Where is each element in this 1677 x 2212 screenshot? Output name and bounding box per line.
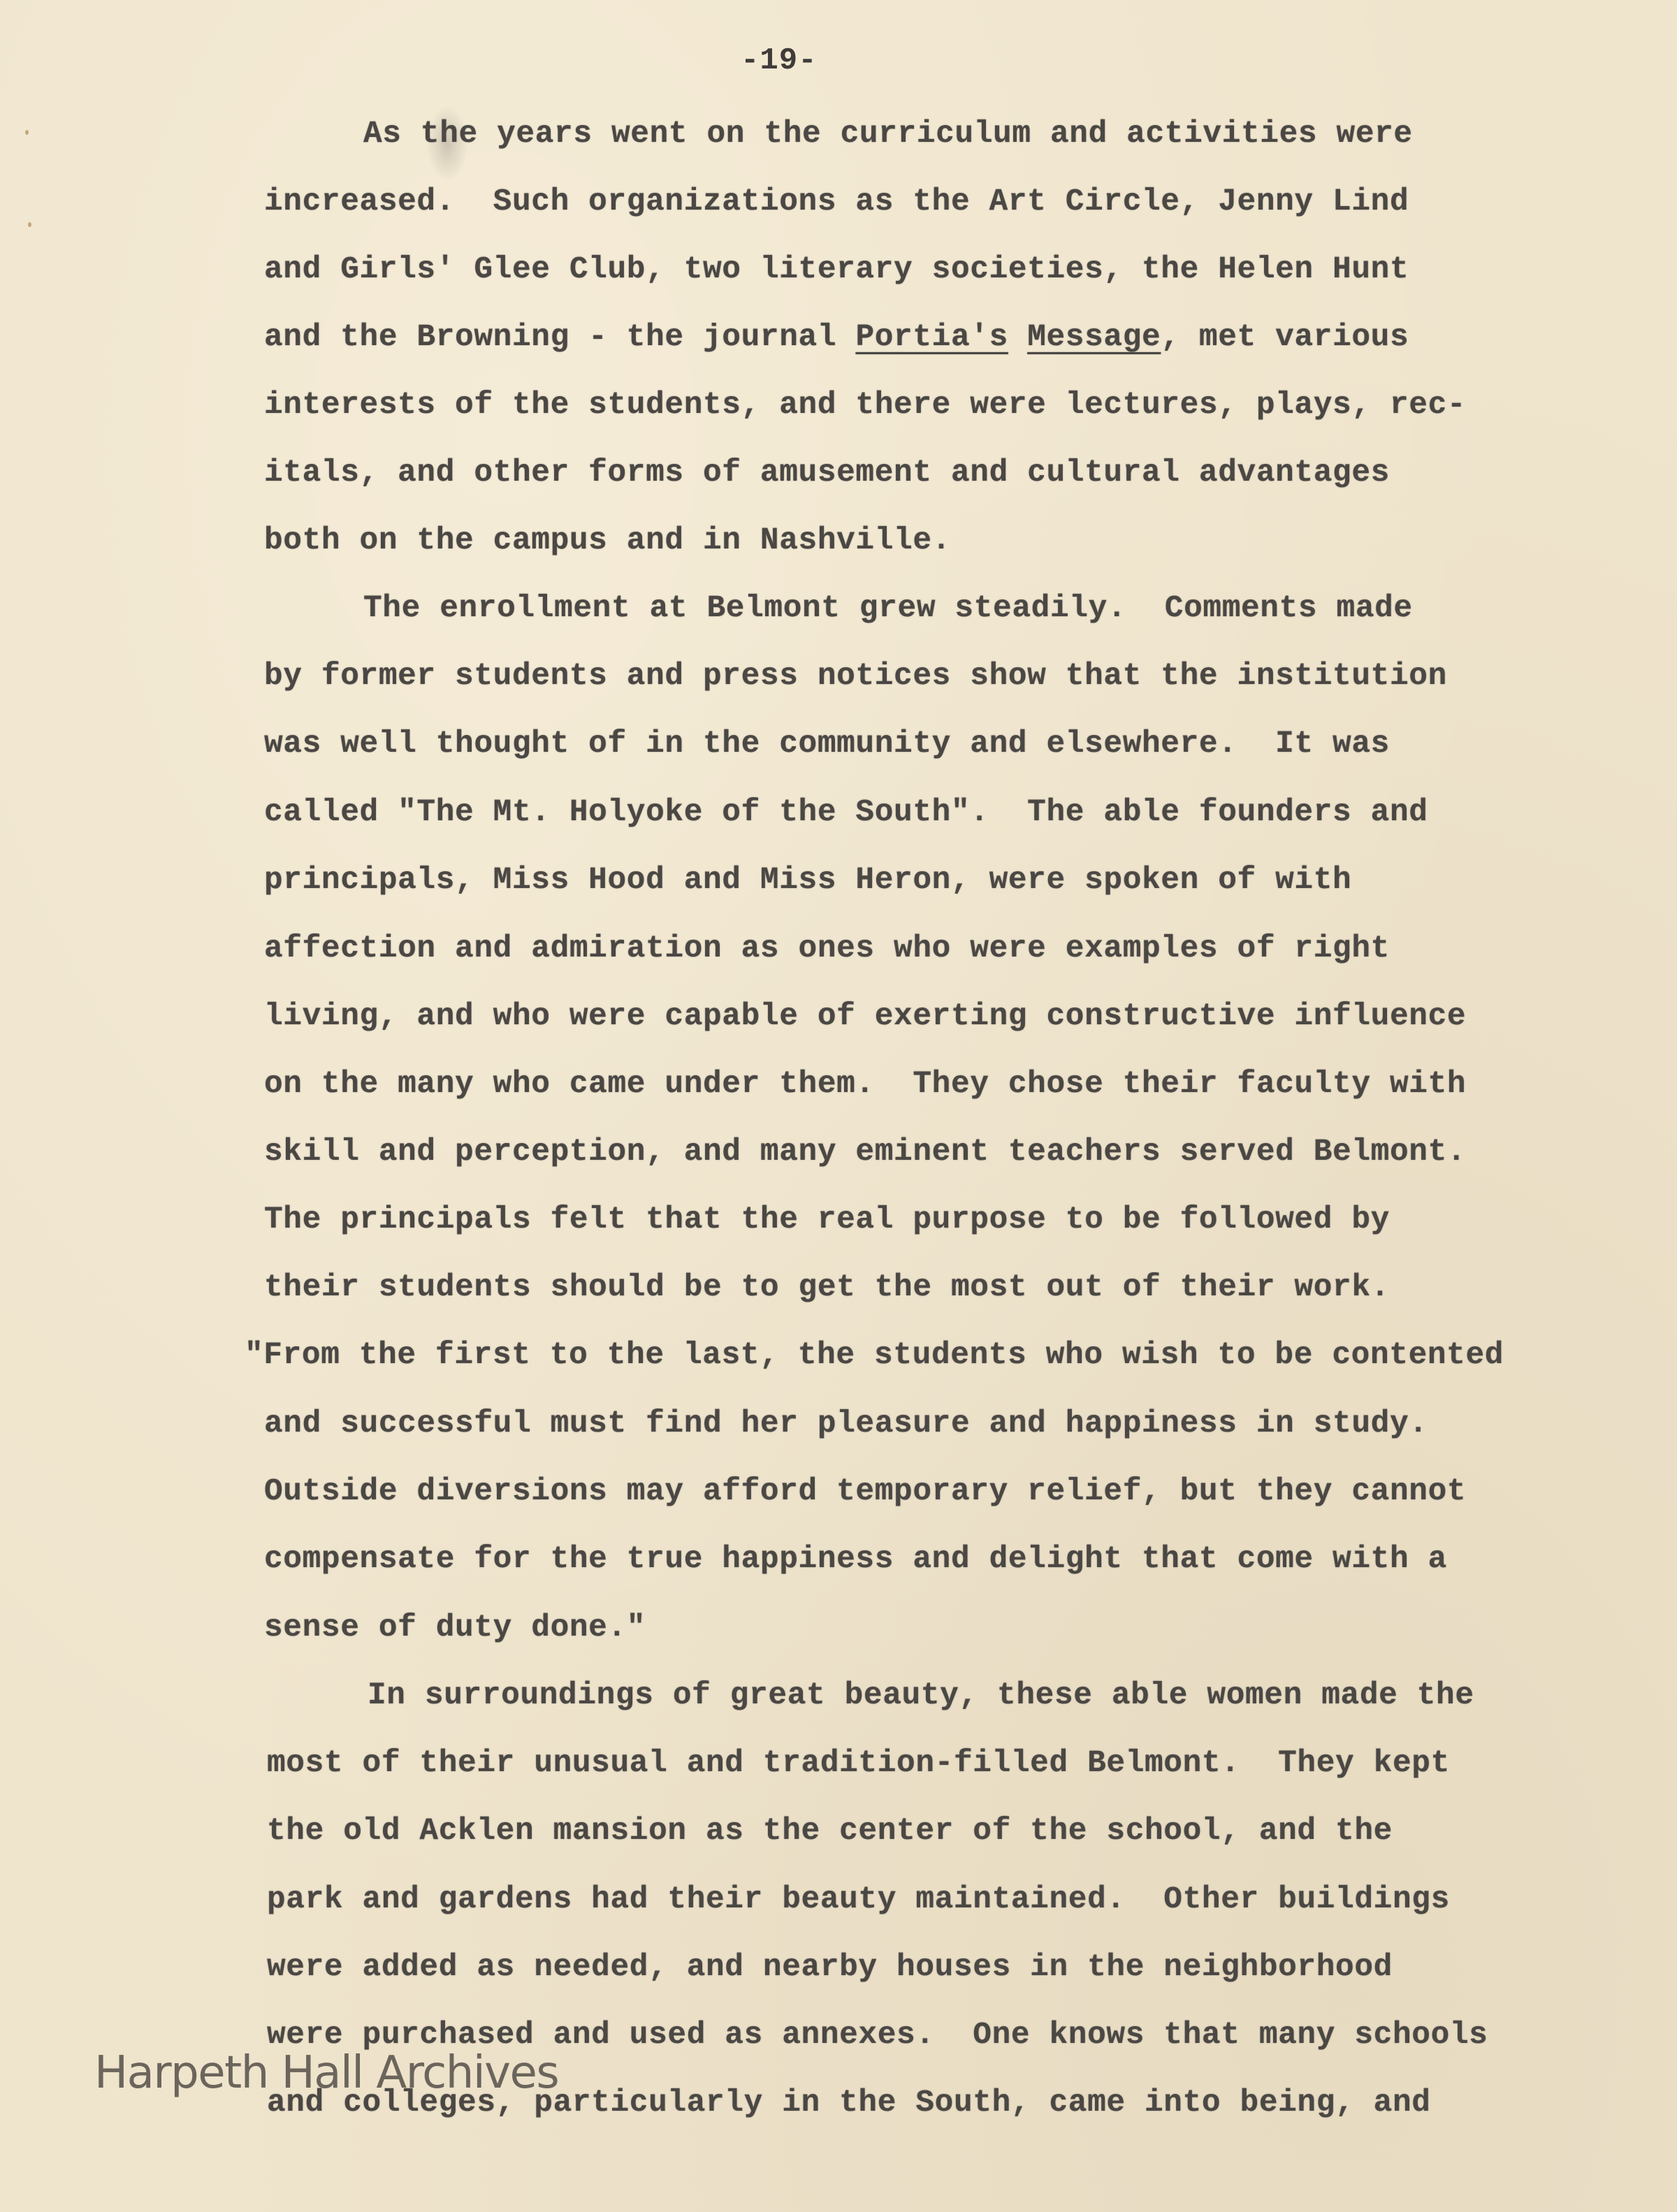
quote-line: sense of duty done." — [264, 1613, 646, 1644]
text-segment: and the Browning - the journal — [264, 320, 855, 355]
text-line: interests of the students, and there wer… — [264, 390, 1466, 421]
text-line: both on the campus and in Nashville. — [264, 525, 951, 557]
paper-speck — [28, 222, 31, 227]
journal-title-word-1: Portia's — [855, 320, 1008, 355]
text-line: and Girls' Glee Club, two literary socie… — [264, 254, 1409, 286]
archive-watermark: Harpeth Hall Archives — [94, 2047, 558, 2099]
text-line: by former students and press notices sho… — [264, 661, 1447, 692]
quote-line: "From the first to the last, the student… — [245, 1340, 1504, 1371]
text-line: The principals felt that the real purpos… — [264, 1205, 1390, 1236]
quote-line: Outside diversions may afford temporary … — [264, 1476, 1466, 1508]
text-line: called "The Mt. Holyoke of the South". T… — [264, 797, 1428, 829]
text-line: their students should be to get the most… — [264, 1272, 1390, 1304]
text-line: principals, Miss Hood and Miss Heron, we… — [264, 865, 1351, 896]
text-line: living, and who were capable of exerting… — [264, 1001, 1466, 1033]
text-line: park and gardens had their beauty mainta… — [267, 1884, 1450, 1916]
text-line: skill and perception, and many eminent t… — [264, 1137, 1466, 1168]
text-line: were purchased and used as annexes. One … — [267, 2020, 1488, 2051]
text-line: the old Acklen mansion as the center of … — [267, 1816, 1393, 1847]
text-line: In surroundings of great beauty, these a… — [368, 1680, 1474, 1712]
text-line: The enrollment at Belmont grew steadily.… — [363, 593, 1413, 625]
journal-title-word-2: Message — [1027, 320, 1161, 355]
text-line-with-journal-title: and the Browning - the journal Portia's … — [264, 322, 1409, 354]
text-line: itals, and other forms of amusement and … — [264, 458, 1390, 489]
text-line: were added as needed, and nearby houses … — [267, 1952, 1393, 1984]
paper-speck — [25, 130, 29, 135]
quote-line: compensate for the true happiness and de… — [264, 1544, 1447, 1576]
text-line: affection and admiration as ones who wer… — [264, 933, 1390, 965]
text-line: As the years went on the curriculum and … — [363, 119, 1413, 150]
text-line: was well thought of in the community and… — [264, 729, 1390, 760]
text-line: most of their unusual and tradition-fill… — [267, 1748, 1450, 1780]
page-number: -19- — [741, 43, 818, 78]
text-segment: , met various — [1161, 320, 1409, 355]
text-line: on the many who came under them. They ch… — [264, 1069, 1466, 1100]
text-line: increased. Such organizations as the Art… — [264, 187, 1409, 218]
quote-line: and successful must find her pleasure an… — [264, 1409, 1428, 1440]
typewritten-page: -19- As the years went on the curriculum… — [0, 0, 1677, 2212]
